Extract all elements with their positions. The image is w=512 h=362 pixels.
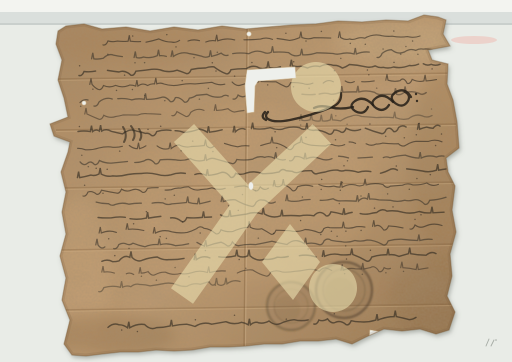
scanned-manuscript-photo bbox=[0, 0, 512, 362]
manuscript-document bbox=[35, 10, 480, 362]
manuscript-scan-svg bbox=[0, 0, 512, 362]
